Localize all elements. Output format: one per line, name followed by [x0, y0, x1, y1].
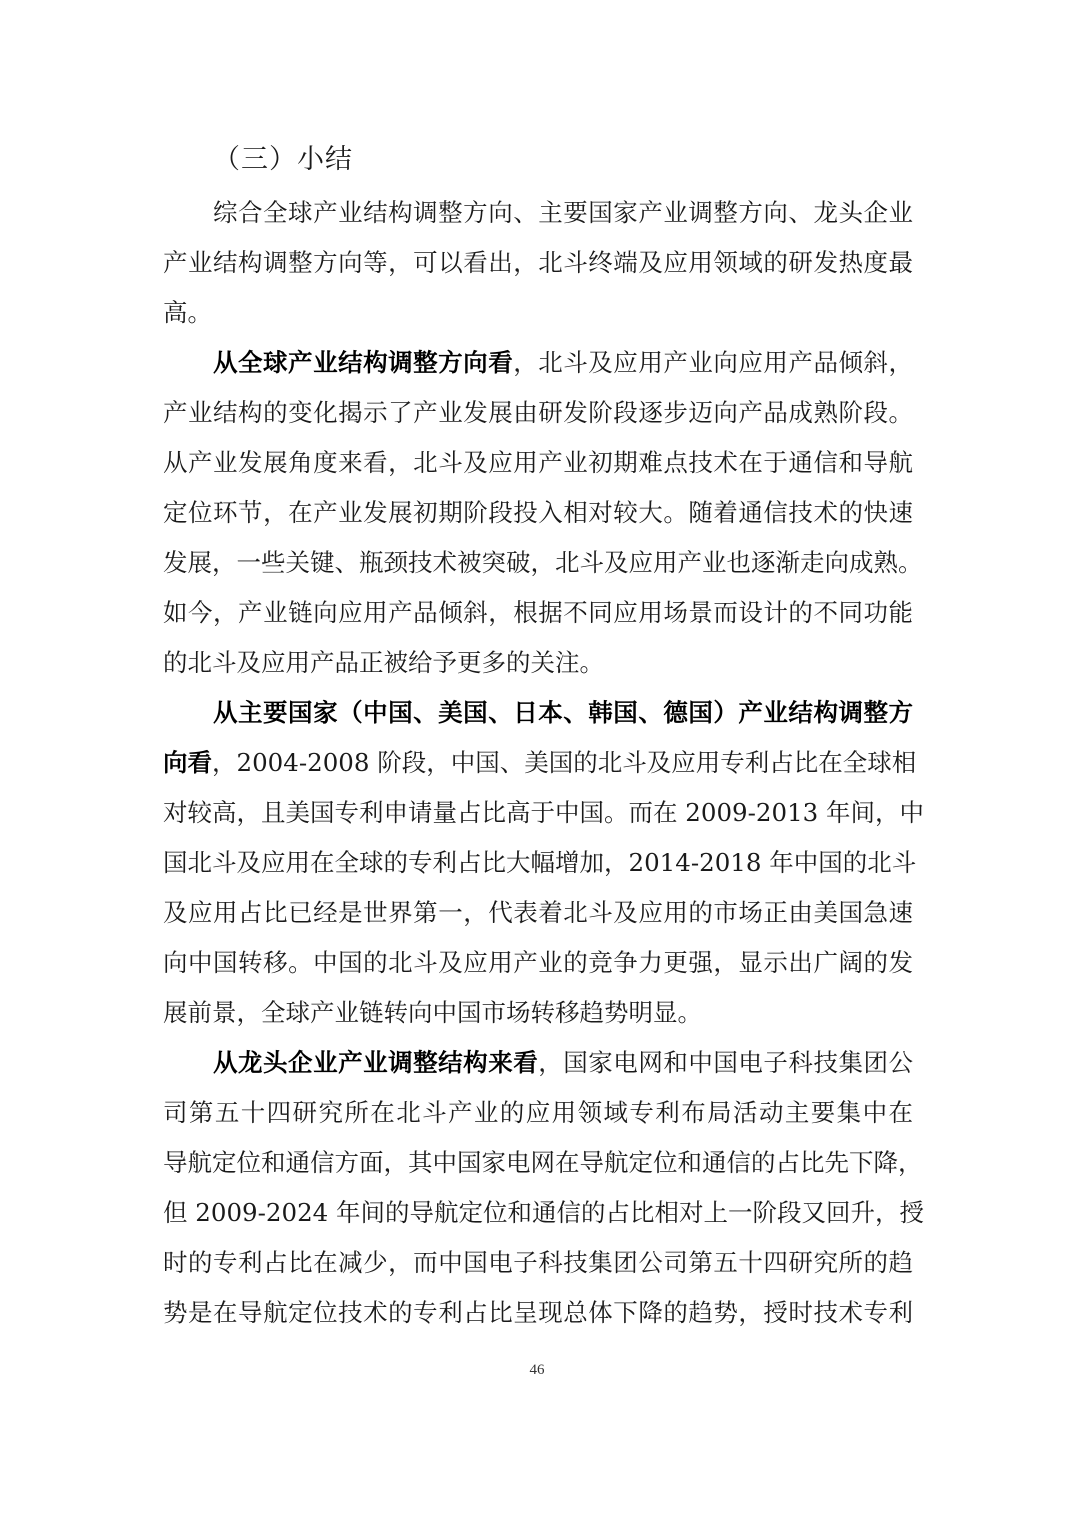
bold-lead: 从龙头企业产业调整结构来看 [213, 1048, 538, 1077]
text-line: 如今，产业链向应用产品倾斜，根据不同应用场景而设计的不同功能 [163, 593, 913, 633]
text-line: 产业结构调整方向等，可以看出，北斗终端及应用领域的研发热度最 [163, 243, 913, 283]
document-page: （三）小结 综合全球产业结构调整方向、主要国家产业调整方向、龙头企业 产业结构调… [0, 0, 1074, 1520]
text-line: 向看，2004-2008 阶段，中国、美国的北斗及应用专利占比在全球相 [163, 743, 913, 783]
bold-lead: 从主要国家（中国、美国、日本、韩国、德国）产业结构调整方 [213, 698, 913, 727]
text-line: 展前景，全球产业链转向中国市场转移趋势明显。 [163, 993, 913, 1033]
text-line: 从产业发展角度来看，北斗及应用产业初期难点技术在于通信和导航 [163, 443, 913, 483]
text-line: 时的专利占比在减少，而中国电子科技集团公司第五十四研究所的趋 [163, 1243, 913, 1283]
page-number: 46 [0, 1362, 1074, 1379]
text-line: 及应用占比已经是世界第一，代表着北斗及应用的市场正由美国急速 [163, 893, 913, 933]
text-line: 但 2009-2024 年间的导航定位和通信的占比相对上一阶段又回升，授 [163, 1193, 913, 1233]
text-line: 国北斗及应用在全球的专利占比大幅增加，2014-2018 年中国的北斗 [163, 843, 913, 883]
text-run: ，北斗及应用产业向应用产品倾斜， [513, 348, 913, 377]
section-heading: （三）小结 [213, 140, 353, 180]
text-line: 从全球产业结构调整方向看，北斗及应用产业向应用产品倾斜， [213, 343, 913, 383]
text-line: 的北斗及应用产品正被给予更多的关注。 [163, 643, 913, 683]
text-line: 导航定位和通信方面，其中国家电网在导航定位和通信的占比先下降， [163, 1143, 913, 1183]
text-line: 向中国转移。中国的北斗及应用产业的竞争力更强，显示出广阔的发 [163, 943, 913, 983]
text-line: 势是在导航定位技术的专利占比呈现总体下降的趋势，授时技术专利 [163, 1293, 913, 1333]
text-line: 发展，一些关键、瓶颈技术被突破，北斗及应用产业也逐渐走向成熟。 [163, 543, 913, 583]
text-run: ，2004-2008 阶段，中国、美国的北斗及应用专利占比在全球相 [212, 748, 916, 777]
text-line: 产业结构的变化揭示了产业发展由研发阶段逐步迈向产品成熟阶段。 [163, 393, 913, 433]
text-line: 从龙头企业产业调整结构来看，国家电网和中国电子科技集团公 [213, 1043, 913, 1083]
text-run: ，国家电网和中国电子科技集团公 [538, 1048, 913, 1077]
text-line: 从主要国家（中国、美国、日本、韩国、德国）产业结构调整方 [213, 693, 913, 733]
text-line: 对较高，且美国专利申请量占比高于中国。而在 2009-2013 年间，中 [163, 793, 913, 833]
text-line: 高。 [163, 293, 913, 333]
bold-lead-continued: 向看 [163, 748, 212, 777]
text-line: 司第五十四研究所在北斗产业的应用领域专利布局活动主要集中在 [163, 1093, 913, 1133]
text-line: 综合全球产业结构调整方向、主要国家产业调整方向、龙头企业 [213, 193, 913, 233]
bold-lead: 从全球产业结构调整方向看 [213, 348, 513, 377]
text-line: 定位环节，在产业发展初期阶段投入相对较大。随着通信技术的快速 [163, 493, 913, 533]
